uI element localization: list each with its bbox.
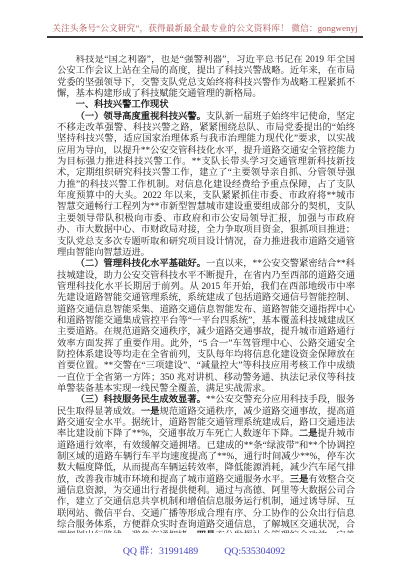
paragraph-1: （一）领导高度重视科技兴警。支队新一届班子始终牢记使命，坚定不移走改革强警、科技… (57, 112, 355, 259)
document-body: 科技是“国之利器”，也是“强警利器”，习近平总书记在 2019 年全国公安工作会… (57, 55, 355, 533)
footer-contact: QQ 群：31991489QQ:535304092 (0, 543, 408, 557)
intro-text: 科技是“国之利器”，也是“强警利器”，习近平总书记在 2019 年全国公安工作会… (57, 55, 355, 99)
paragraph-3-point-4-marker: 四是 (197, 531, 216, 533)
header-promo-notice: 关注头条号“公文研究”，获得最新最全最专业的公文资料库！ 微信：gongweny… (47, 23, 363, 38)
paragraph-3: （三）科技服务民生成效显著。**公安交警充分应用科技手段，服务民生取得显著成效。… (57, 395, 355, 533)
paragraph-3-point-3-marker: 三是 (290, 475, 309, 485)
paragraph-1-text: 支队新一届班子始终牢记使命，坚定不移走改革强警、科技兴警之路，紧紧围绕总队、市局… (57, 112, 355, 258)
paragraph-1-lead: （一）领导高度重视科技兴警。 (76, 112, 206, 122)
section-heading: 一、科技兴警工作现状 (57, 100, 355, 111)
paragraph-3-lead: （三）科技服务民生成效显著。 (76, 395, 206, 405)
paragraph-3-point-2-marker: 二是 (299, 429, 318, 439)
intro-paragraph: 科技是“国之利器”，也是“强警利器”，习近平总书记在 2019 年全国公安工作会… (57, 55, 355, 100)
qq-number: QQ:535304092 (224, 546, 285, 557)
paragraph-2-lead: （二）管理科技化水平基础好。 (76, 259, 206, 269)
document-page: 关注头条号“公文研究”，获得最新最全最专业的公文资料库！ 微信：gongweny… (0, 0, 408, 580)
paragraph-2: （二）管理科技化水平基础好。一直以来，**公安交警紧密结合**科技城建设，助力公… (57, 259, 355, 395)
paragraph-3-point-1-marker: 一是 (141, 407, 160, 417)
qq-group-number: QQ 群：31991489 (123, 546, 198, 557)
paragraph-2-text: 一直以来，**公安交警紧密结合**科技城建设，助力公安交管科技水平不断提升，在省… (57, 259, 355, 394)
